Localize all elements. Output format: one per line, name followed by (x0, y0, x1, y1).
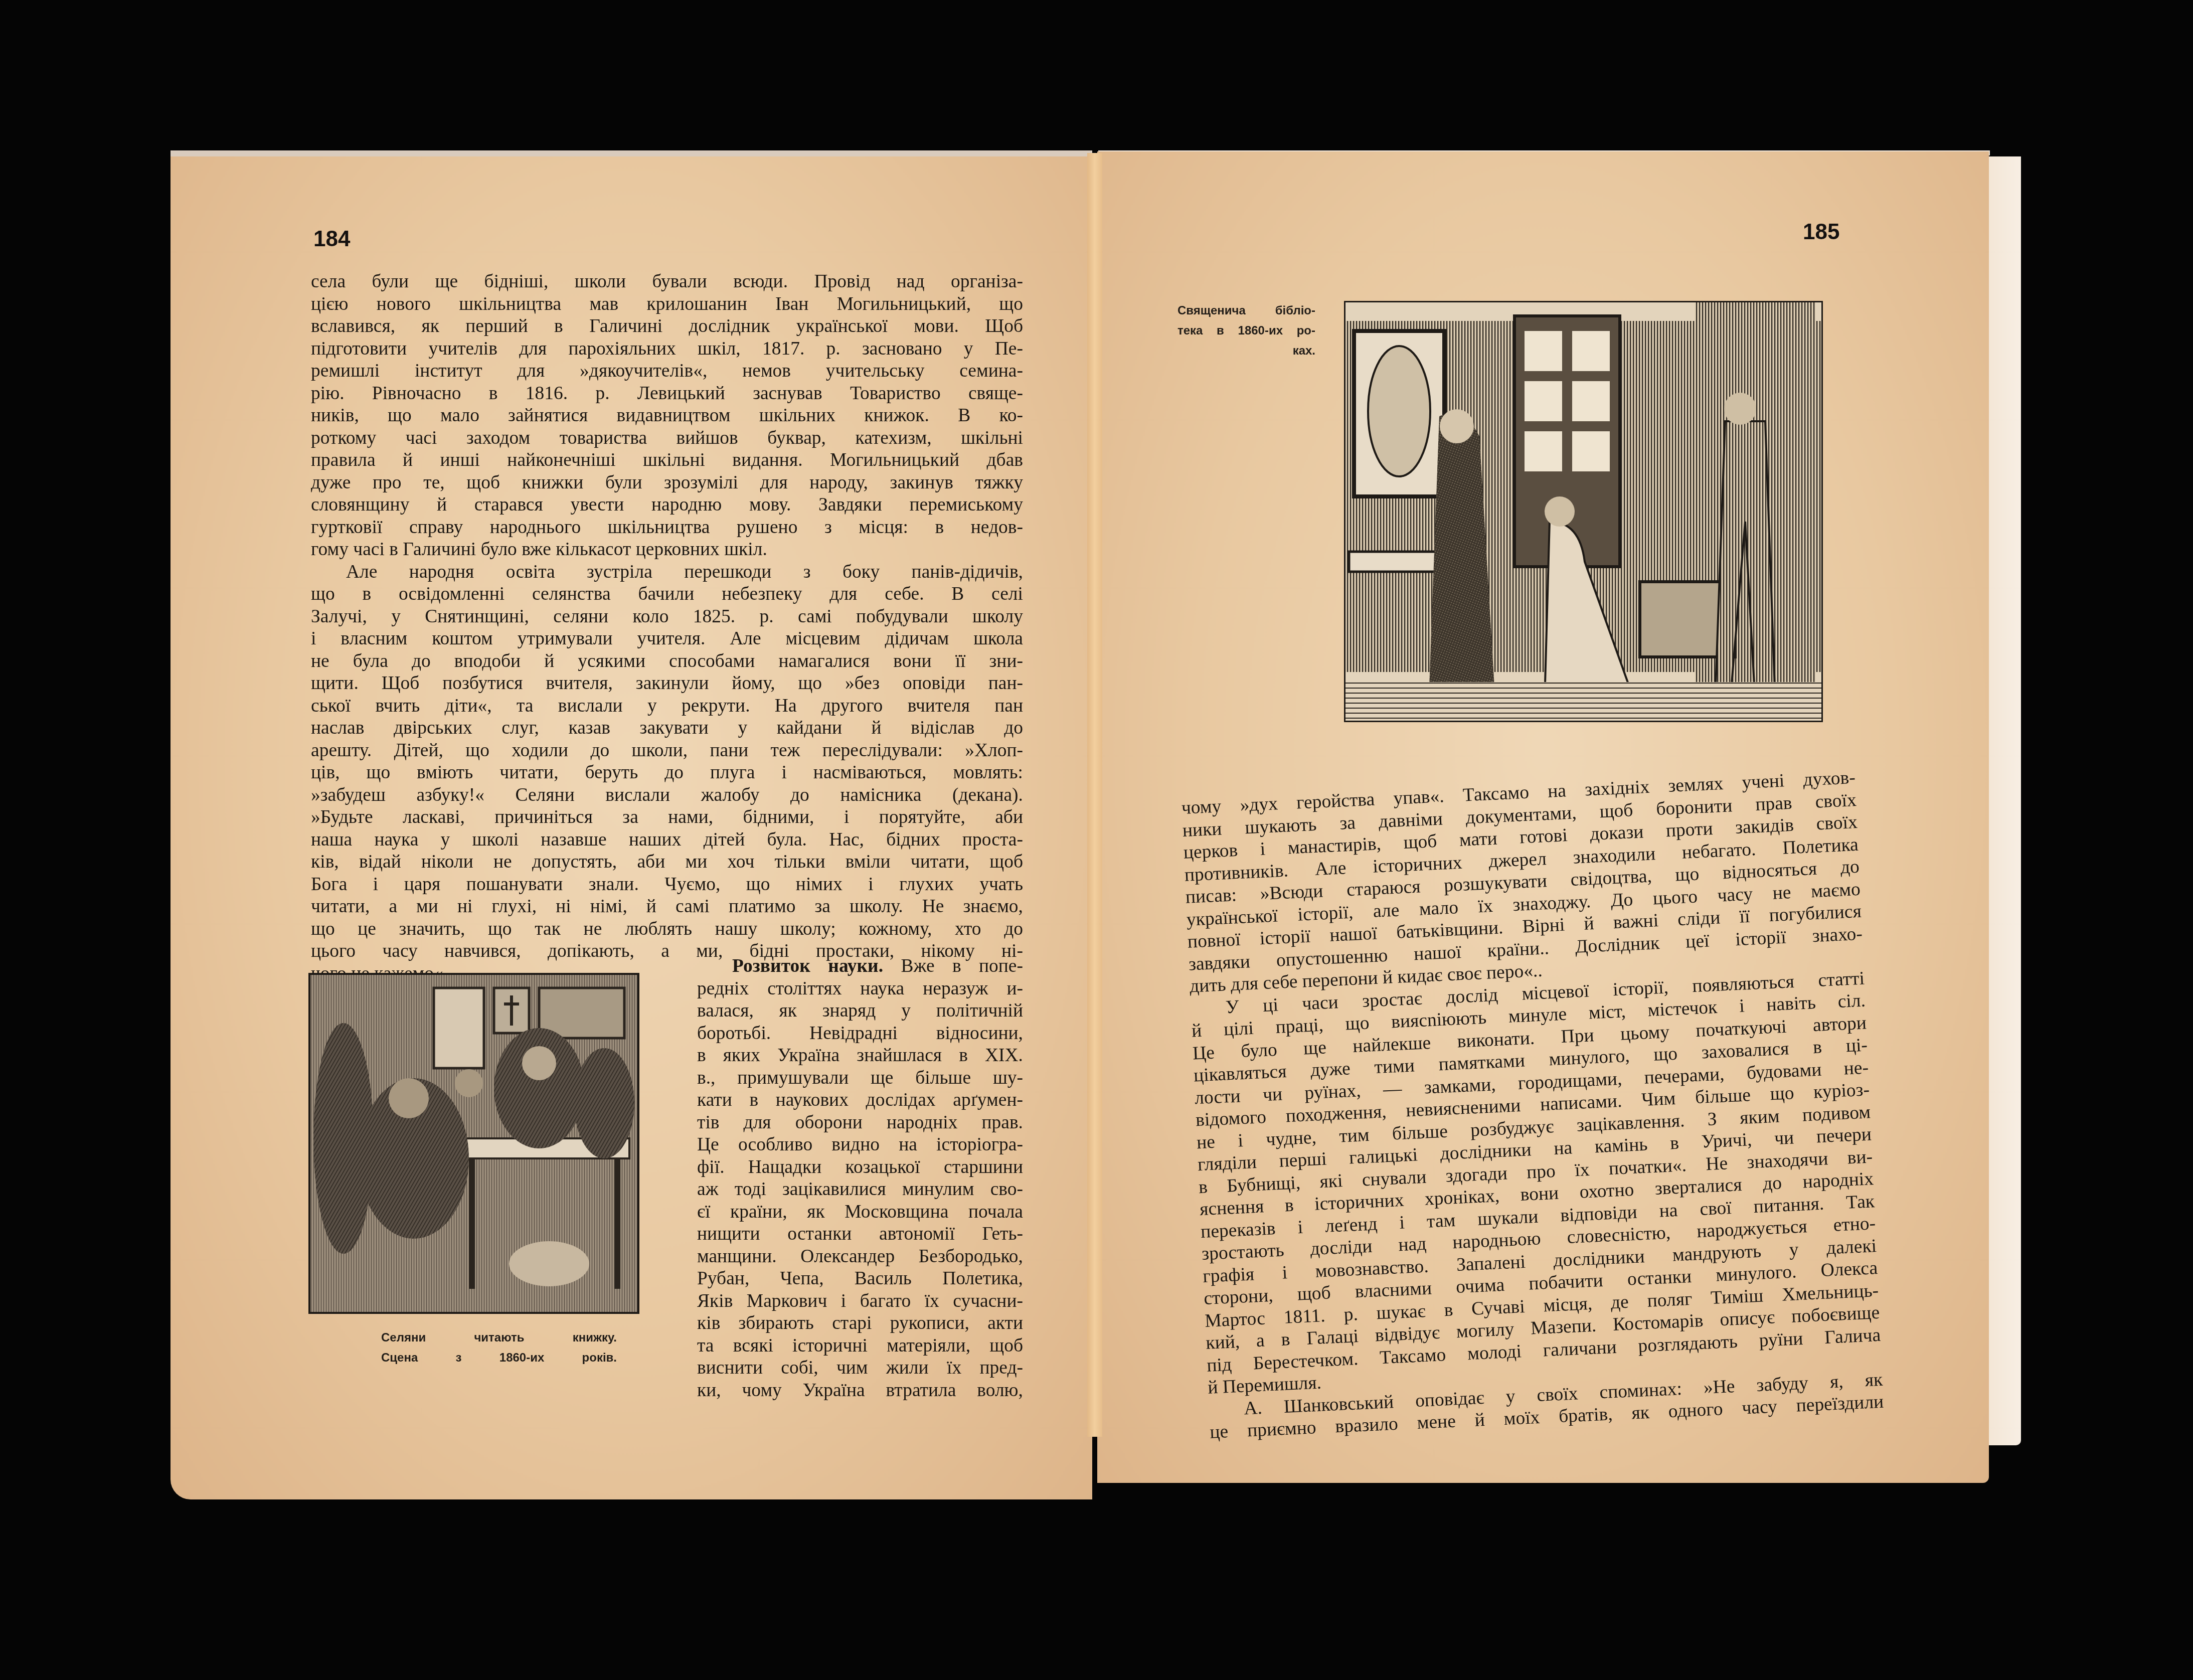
text-line: і власним коштом утримували учителя. Але… (311, 628, 1023, 650)
text-line: підготовити учителів для парохіяльних шк… (311, 338, 1023, 361)
text-line: села були ще бідніші, школи бували всюди… (311, 271, 1023, 293)
text-line: гуртковії справу народнього шкільництва … (311, 517, 1023, 539)
text-line: ремишлі інститут для »дякоучителів«, нем… (311, 360, 1023, 383)
book-spine-gutter (1087, 153, 1102, 1437)
text-line: кати в наукових дослідах арґумен- (697, 1089, 1023, 1112)
text-line: Вже в попе- (883, 956, 1023, 976)
caption-line: Селяни читають книжку. (381, 1328, 617, 1348)
paragraph-peasant-school: Але народня освіта зустріла перешкоди з … (311, 561, 1023, 985)
text-line: аж тоді зацікавилися минулим сво- (697, 1179, 1023, 1201)
engraving-priest-library-icon (1344, 301, 1823, 722)
text-line: »забудеш азбуку!« Селяни вислали жалобу … (311, 784, 1023, 807)
page-number-right: 185 (1803, 220, 1839, 245)
text-line: боротьбі. Невідрадні відносини, (697, 1023, 1023, 1045)
text-line: Залучі, у Снятинщині, селяни коло 1825. … (311, 606, 1023, 628)
text-line: щити. Щоб позбутися вчителя, закинули йо… (311, 673, 1023, 695)
caption-line: Священича бібліо- (1177, 301, 1315, 321)
text-line: виснити собі, чим жили їх пред- (697, 1357, 1023, 1380)
text-line: валася, як знаряд у політичній (697, 1000, 1023, 1023)
text-line: арешту. Дітей, що ходили до школи, пани … (311, 740, 1023, 762)
text-line: правила й инші найконечніші шкільні вида… (311, 449, 1023, 472)
paragraph-historical-sources: чому »дух геройства упав«. Таксамо на за… (1181, 767, 1864, 998)
text-line: не була до вподоби й усякими способами н… (311, 650, 1023, 673)
text-line: ської вчить діти«, та вислали у рекрути.… (311, 695, 1023, 718)
text-line: Бога і царя пошанувати знали. Чуємо, що … (311, 874, 1023, 896)
text-line: фії. Нащадки козацької старшини (697, 1156, 1023, 1179)
text-line: нищити останки автономії Геть- (697, 1223, 1023, 1246)
caption-line: тека в 1860-их ро- (1177, 321, 1315, 341)
text-line: що в освідомленні селянства бачили небез… (311, 583, 1023, 606)
text-line: Це особливо видно на історіогра- (697, 1134, 1023, 1156)
text-line: що це значить, що так не люблять нашу шк… (311, 918, 1023, 941)
right-page-body: чому »дух геройства упав«. Таксамо на за… (1181, 767, 1884, 1444)
text-line: ків, відай ніколи не допустять, аби ми х… (311, 851, 1023, 874)
text-line: рію. Рівночасно в 1816. р. Левицький зас… (311, 383, 1023, 405)
caption-line: ках. (1177, 341, 1315, 361)
text-line: та всякі історичні матеріяли, щоб (697, 1335, 1023, 1358)
text-line: ки, чому Україна втратила волю, (697, 1380, 1023, 1402)
text-line: в., примушували ще більше шу- (697, 1067, 1023, 1090)
paragraph-local-history: У ці часи зростає дослід місцевої історі… (1190, 967, 1882, 1399)
caption-line: Сцена з 1860-их років. (381, 1348, 617, 1368)
figure-caption-left: Селяни читають книжку. Сцена з 1860-их р… (381, 1328, 617, 1368)
text-line: вславився, як перший в Галичині дослідни… (311, 315, 1023, 338)
engraving-peasants-reading-icon (308, 973, 639, 1314)
page-stack-edge (1989, 156, 2021, 1445)
text-line: читати, а ми ні глухі, ні німі, й самі п… (311, 896, 1023, 918)
left-page-top-edge (171, 150, 1092, 156)
text-line: наша наука у школі назавше наших дітей б… (311, 829, 1023, 852)
text-line: словянщину й старався увести народню мов… (311, 494, 1023, 517)
text-line: в яких Україна знайшлася в XIX. (697, 1045, 1023, 1067)
text-line: манщини. Олександер Безбородько, (697, 1246, 1023, 1268)
page-number-left: 184 (313, 227, 350, 252)
paragraph-school-organization: села були ще бідніші, школи бували всюди… (311, 271, 1023, 561)
text-line: Рубан, Чепа, Василь Полетика, (697, 1268, 1023, 1290)
figure-caption-right: Священича бібліо- тека в 1860-их ро- ках… (1177, 301, 1315, 361)
text-line: »Будьте ласкаві, причиніться за нами, бі… (311, 806, 1023, 829)
section-science-development: Розвиток науки. Вже в попе- редніх столі… (697, 955, 1023, 1402)
text-line: редніх століттях наука неразуж и- (697, 978, 1023, 1000)
text-line: роткому часі заходом товариства вийшов б… (311, 427, 1023, 450)
text-line: ників, що мало зайнятися видавництвом шк… (311, 405, 1023, 427)
text-line: цією нового шкільництва мав крилошанин І… (311, 293, 1023, 316)
text-line: тів для оборони народніх прав. (697, 1112, 1023, 1134)
text-line: ців, що вміють читати, беруть до плуга і… (311, 762, 1023, 784)
left-page-body: села були ще бідніші, школи бували всюди… (311, 271, 1023, 985)
text-line: гому часі в Галичині було вже кількасот … (311, 539, 1023, 561)
section-heading: Розвиток науки. (732, 956, 883, 976)
text-line: єї країни, як Московщина почала (697, 1201, 1023, 1224)
text-line: наслав двірських слуг, казав закувати у … (311, 717, 1023, 740)
text-line: дуже про те, щоб книжки були зрозумілі д… (311, 472, 1023, 494)
text-line: ків збирають старі рукописи, акти (697, 1312, 1023, 1335)
text-line: Але народня освіта зустріла перешкоди з … (311, 561, 1023, 584)
text-line: Яків Маркович і багато їх сучасни- (697, 1290, 1023, 1313)
